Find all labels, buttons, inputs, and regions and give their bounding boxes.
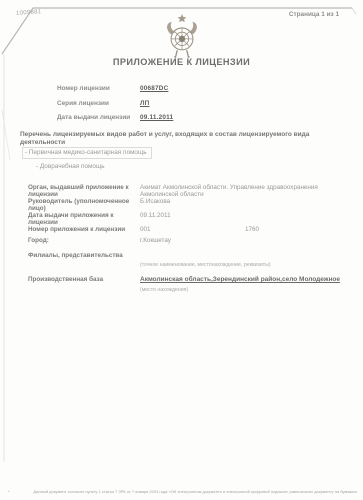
license-series-row: Серия лицензии ЛП — [0, 100, 363, 112]
page-title: ПРИЛОЖЕНИЕ К ЛИЦЕНЗИИ — [0, 57, 363, 67]
head-person-value: Б.Исакова — [140, 198, 330, 205]
license-issue-date-value: 09.11.2011 — [140, 114, 173, 121]
branches-note: (точное наименование, местонахождение, р… — [140, 262, 271, 268]
license-issue-date-label: Дата выдачи лицензии — [57, 114, 130, 121]
license-number-value: 00687DC — [140, 85, 168, 92]
production-base-label: Производственная база — [28, 276, 103, 283]
appendix-issue-date-value: 09.11.2011 — [140, 212, 330, 219]
license-number-label: Номер лицензии — [57, 85, 110, 92]
production-base-value: Акмолинская область,Зерендинский район,с… — [140, 276, 350, 283]
head-person-label: Руководитель (уполномоченное лицо) — [28, 198, 132, 213]
license-series-value: ЛП — [140, 100, 149, 107]
license-number-row: Номер лицензии 00687DC — [0, 85, 363, 97]
issuing-authority-label: Орган, выдавший приложение к лицензии — [28, 184, 132, 199]
footer-text: Данный документ согласно пункту 1 статьи… — [34, 489, 357, 494]
appendix-number-secondary-value: 1760 — [245, 226, 259, 233]
license-series-label: Серия лицензии — [57, 100, 109, 107]
scan-edge-lines — [0, 0, 363, 500]
appendix-number-label: Номер приложения к лицензии — [28, 226, 132, 233]
appendix-number-value: 001 — [140, 226, 330, 233]
document-number-stamp: 1009881 — [16, 9, 42, 17]
city-label: Город: — [28, 237, 132, 244]
branches-label: Филиалы, представительства — [28, 252, 123, 259]
works-list-heading: Перечень лицензируемых видов работ и усл… — [20, 131, 342, 147]
work-item-primary-care: - Первичная медико-санитарная помощь — [22, 147, 152, 159]
production-base-note: (место нахождения) — [140, 287, 188, 293]
city-value: г.Кокшетау — [140, 237, 330, 244]
work-item-prehospital-care: - Доврачебная помощь — [36, 163, 105, 170]
footer-marker: * — [8, 489, 10, 494]
issuing-authority-value: Акимат Акмолинской области. Управление з… — [140, 184, 330, 199]
page-indicator: Страница 1 из 1 — [289, 11, 339, 18]
license-issue-date-row: Дата выдачи лицензии 09.11.2011 — [0, 114, 363, 126]
appendix-issue-date-label: Дата выдачи приложения к лицензии — [28, 212, 132, 227]
scanned-license-appendix-page: 1009881 Страница 1 из 1 — [0, 0, 363, 500]
footer-fine-print: *Данный документ согласно пункту 1 стать… — [8, 489, 357, 494]
